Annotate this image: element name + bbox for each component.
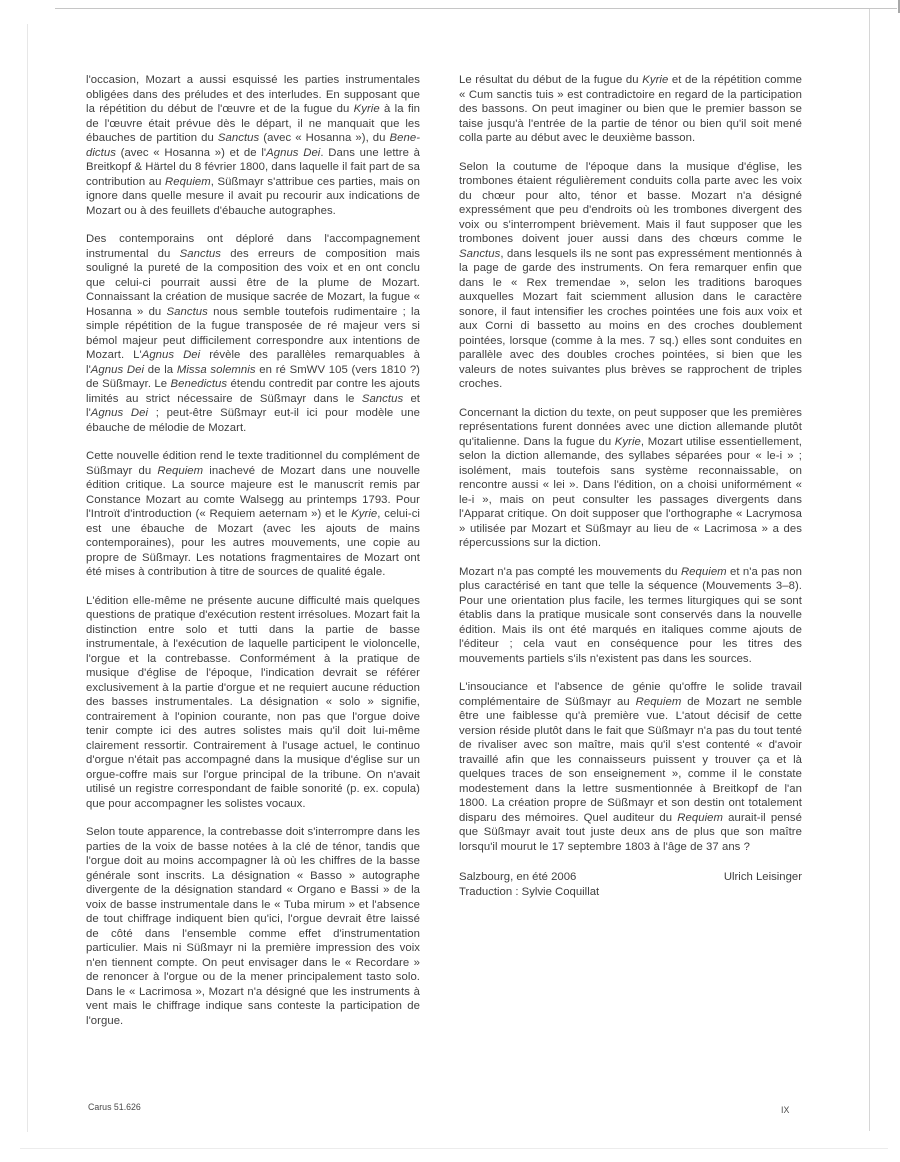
footer-page-number: IX (781, 1105, 789, 1115)
paragraph: Concernant la diction du texte, on peut … (459, 406, 802, 551)
paragraph: Selon toute apparence, la contrebasse do… (86, 825, 420, 1028)
paragraph: Selon la coutume de l'époque dans la mus… (459, 160, 802, 392)
paragraph: l'occasion, Mozart a aussi esquissé les … (86, 73, 420, 218)
paragraph: Le résultat du début de la fugue du Kyri… (459, 73, 802, 146)
footer-catalog-number: Carus 51.626 (88, 1102, 141, 1112)
signature-translation: Traduction : Sylvie Coquillat (459, 885, 802, 900)
paragraph: Des contemporains ont déploré dans l'acc… (86, 232, 420, 435)
paper-edge-right (869, 9, 870, 1131)
paper-edge-top (55, 8, 897, 9)
paragraph: L'édition elle-même ne présente aucune d… (86, 594, 420, 812)
paragraph: Mozart n'a pas compté les mouvements du … (459, 565, 802, 667)
document-page: l'occasion, Mozart a aussi esquissé les … (0, 0, 900, 1162)
signature-block: Salzbourg, en été 2006 Ulrich Leisinger … (459, 870, 802, 899)
text-column-right: Le résultat du début de la fugue du Kyri… (459, 73, 802, 899)
signature-row: Salzbourg, en été 2006 Ulrich Leisinger (459, 870, 802, 885)
signature-place-date: Salzbourg, en été 2006 (459, 870, 576, 885)
paragraph: L'insouciance et l'absence de génie qu'o… (459, 680, 802, 854)
signature-author: Ulrich Leisinger (724, 870, 802, 885)
paper-edge-left (27, 24, 28, 1132)
text-column-left: l'occasion, Mozart a aussi esquissé les … (86, 73, 420, 1042)
paragraph: Cette nouvelle édition rend le texte tra… (86, 449, 420, 580)
paper-edge-bottom (20, 1148, 888, 1149)
